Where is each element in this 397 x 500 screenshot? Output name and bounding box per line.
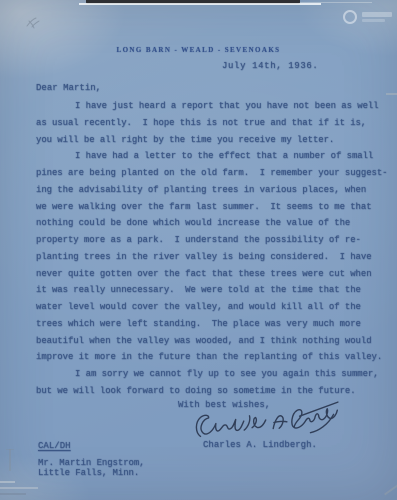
letter-date: July 14th, 1936. bbox=[222, 61, 318, 71]
body-line: but we will look forward to doing so som… bbox=[36, 383, 370, 400]
body-line: beautiful when the valley was wooded, an… bbox=[36, 333, 370, 350]
body-line: never quite gotten over the fact that th… bbox=[36, 266, 370, 283]
body-line: I have just heard a report that you have… bbox=[36, 98, 370, 115]
typist-initials: CAL/DH bbox=[38, 441, 71, 451]
body-line: nothing could be done which would increa… bbox=[36, 215, 370, 232]
typed-signature-name: Charles A. Lindbergh. bbox=[203, 440, 317, 450]
letter-body: I have just heard a report that you have… bbox=[36, 98, 370, 400]
watermark-logo bbox=[343, 9, 393, 27]
body-line: we were walking over the farm last summe… bbox=[36, 199, 370, 216]
body-line: you will be all right by the time you re… bbox=[36, 132, 370, 149]
pencil-mark bbox=[0, 487, 38, 489]
body-line: water level would cover the valley, and … bbox=[36, 299, 370, 316]
body-line: ing the advisability of planting trees i… bbox=[36, 182, 370, 199]
body-line: planting trees in the river valley is be… bbox=[36, 249, 370, 266]
body-line: as usual recently. I hope this is not tr… bbox=[36, 115, 370, 132]
salutation: Dear Martin, bbox=[36, 83, 101, 93]
watermark-ring-icon bbox=[343, 10, 357, 24]
pencil-mark bbox=[9, 449, 11, 471]
watermark-text-bar bbox=[362, 12, 392, 17]
recipient-address: Mr. Martin Engstrom, Little Falls, Minn. bbox=[38, 459, 145, 479]
body-line: I have had a letter to the effect that a… bbox=[36, 148, 370, 165]
letter-paper: LONG BARN - WEALD - SEVENOAKS July 14th,… bbox=[0, 0, 397, 500]
edge-mark bbox=[386, 93, 397, 95]
body-line: it was really unnecessary. We were told … bbox=[36, 282, 370, 299]
pencil-mark bbox=[0, 481, 15, 483]
pencil-scribble-mark bbox=[23, 15, 45, 31]
letterhead: LONG BARN - WEALD - SEVENOAKS bbox=[0, 46, 397, 54]
watermark-text-bar bbox=[362, 19, 385, 22]
body-line: trees which were left standing. The plac… bbox=[36, 316, 370, 333]
body-line: improve it more in the future than the r… bbox=[36, 349, 370, 366]
pencil-mark bbox=[0, 493, 26, 495]
photo-top-edge-highlight bbox=[79, 3, 321, 5]
pencil-mark bbox=[384, 485, 397, 495]
recipient-line: Little Falls, Minn. bbox=[38, 469, 145, 479]
body-line: I am sorry we cannot fly up to see you a… bbox=[36, 366, 370, 383]
body-line: pines are being planted on the old farm.… bbox=[36, 165, 370, 182]
pencil-mark bbox=[6, 449, 14, 450]
photo-top-edge-faint-line bbox=[300, 2, 372, 3]
body-line: property more as a park. I understand th… bbox=[36, 232, 370, 249]
